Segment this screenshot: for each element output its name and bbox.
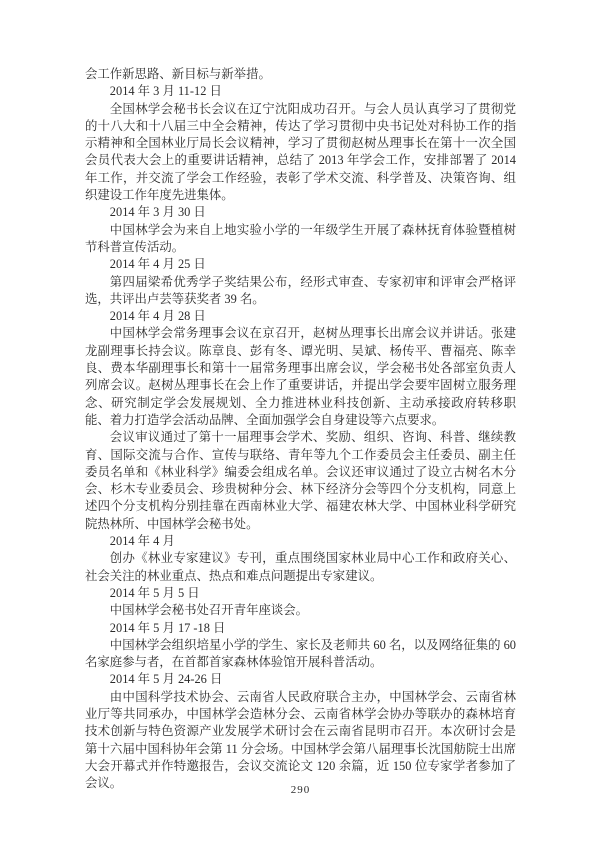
paragraph: 全国林学会秘书长会议在辽宁沈阳成功召开。与会人员认真学习了贯彻党的十八大和十八届…	[85, 101, 516, 205]
date-heading: 2014 年 5 月 24-26 日	[85, 671, 516, 688]
paragraph: 中国林学会秘书处召开青年座谈会。	[85, 602, 516, 619]
page-body: 会工作新思路、新目标与新举措。2014 年 3 月 11-12 日全国林学会秘书…	[85, 66, 516, 792]
date-heading: 2014 年 4 月 25 日	[85, 256, 516, 273]
paragraph: 会议审议通过了第十一届理事会学术、奖励、组织、咨询、科普、继续教育、国际交流与合…	[85, 429, 516, 533]
date-heading: 2014 年 4 月 28 日	[85, 308, 516, 325]
date-heading: 2014 年 5 月 5 日	[85, 585, 516, 602]
document-page: 会工作新思路、新目标与新举措。2014 年 3 月 11-12 日全国林学会秘书…	[0, 0, 600, 848]
paragraph: 创办《林业专家建议》专刊，重点围绕国家林业局中心工作和政府关心、社会关注的林业重…	[85, 550, 516, 585]
paragraph: 中国林学会组织培星小学的学生、家长及老师共 60 名，以及网络征集的 60 名家…	[85, 637, 516, 672]
date-heading: 2014 年 3 月 30 日	[85, 204, 516, 221]
paragraph: 第四届梁希优秀学子奖结果公布，经形式审查、专家初审和评审会严格评选，共评出卢芸等…	[85, 274, 516, 309]
paragraph: 中国林学会为来自上地实验小学的一年级学生开展了森林抚育体验暨植树节科普宣传活动。	[85, 222, 516, 257]
date-heading: 2014 年 4 月	[85, 533, 516, 550]
date-heading: 2014 年 3 月 11-12 日	[85, 83, 516, 100]
date-heading: 2014 年 5 月 17 -18 日	[85, 620, 516, 637]
paragraph: 中国林学会常务理事会议在京召开，赵树丛理事长出席会议并讲话。张建龙副理事长持会议…	[85, 325, 516, 429]
page-number: 290	[85, 784, 516, 796]
paragraph: 会工作新思路、新目标与新举措。	[85, 66, 516, 83]
paragraph: 由中国科学技术协会、云南省人民政府联合主办，中国林学会、云南省林业厅等共同承办，…	[85, 689, 516, 793]
